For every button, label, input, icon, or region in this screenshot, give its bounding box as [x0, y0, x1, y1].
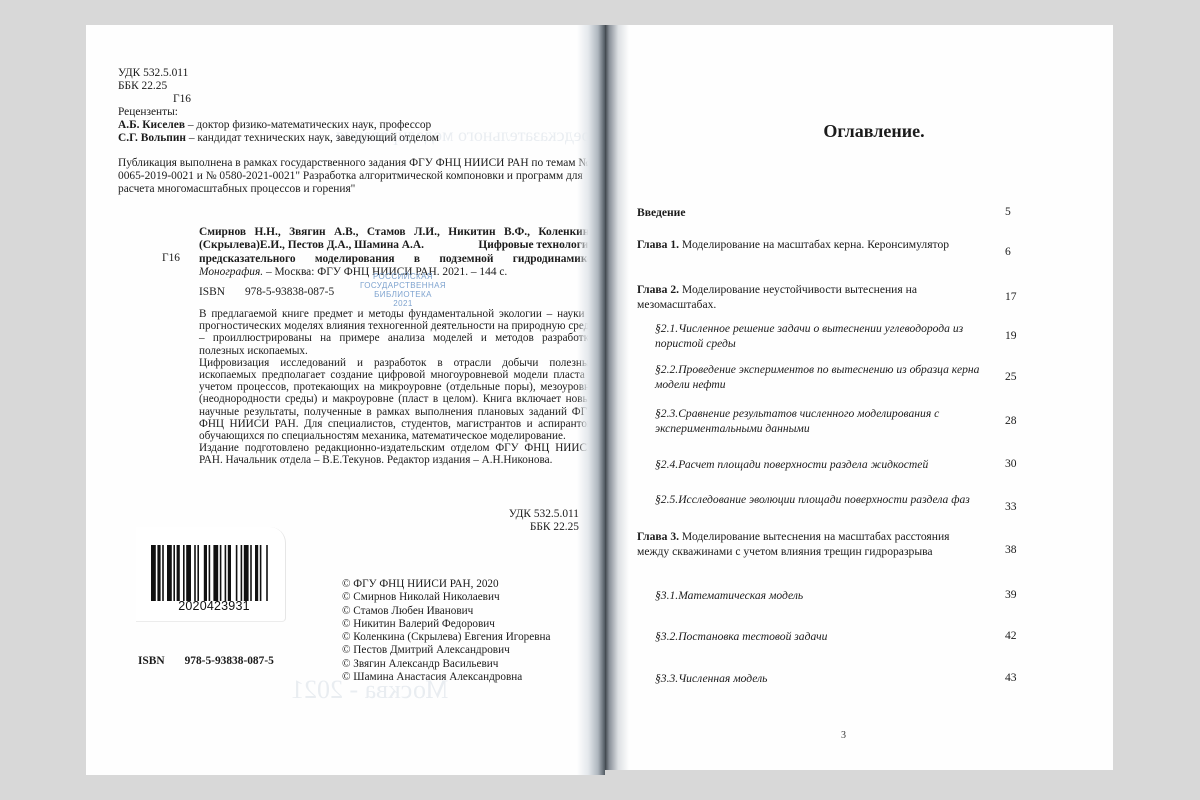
isbn-label: ISBN	[199, 286, 225, 298]
copyright-line: © Звягин Александр Васильевич	[342, 658, 550, 671]
right-page-contents: Оглавление. Введение5Глава 1. Моделирова…	[605, 25, 1113, 770]
copyright-line: © Никитин Валерий Федорович	[342, 618, 550, 631]
toc-title: Оглавление.	[605, 121, 1113, 142]
bbk-code-bottom: ББК 22.25	[530, 521, 579, 534]
toc-entry-heading: Глава 3.	[637, 530, 679, 543]
abstract-paragraph: Цифровизация исследований и разработок в…	[199, 357, 595, 442]
abstract-paragraph: Издание подготовлено редакционно-издател…	[199, 442, 595, 466]
left-page-imprint: Москва - 2021 предсказательного моделиро…	[86, 25, 605, 775]
toc-entry-heading: Введение	[637, 206, 686, 219]
isbn-line: ISBN978-5-93838-087-5	[199, 286, 334, 299]
toc-entry: Глава 1. Моделирование на масштабах керн…	[637, 237, 1032, 252]
toc-entry: §3.1.Математическая модель	[655, 588, 1032, 603]
toc-page-number: 30	[1005, 457, 1017, 470]
spine-shadow	[577, 25, 605, 775]
toc-entry-label: §2.4.Расчет площади поверхности раздела …	[655, 458, 928, 471]
abstract-paragraph: В предлагаемой книге предмет и методы фу…	[199, 308, 595, 357]
copyright-line: © Пестов Дмитрий Александрович	[342, 644, 550, 657]
biblio-authors-line1: Смирнов Н.Н., Звягин А.В., Стамов Л.И., …	[199, 226, 595, 239]
toc-page-number: 28	[1005, 414, 1017, 427]
toc-entry-label: §3.2.Постановка тестовой задачи	[655, 630, 827, 643]
toc-entry-label: §2.1.Численное решение задачи о вытеснен…	[655, 322, 963, 350]
isbn-value: 978-5-93838-087-5	[245, 286, 334, 298]
copyright-line: © Стамов Любен Иванович	[342, 605, 550, 618]
toc-page-number: 42	[1005, 629, 1017, 642]
stamp-line: ГОСУДАРСТВЕННАЯ	[348, 281, 458, 290]
reviewer-title: – кандидат технических наук, заведующий …	[186, 132, 439, 144]
toc-entry-label: Моделирование вытеснения на масштабах ра…	[637, 530, 949, 558]
stamp-line: РОССИЙСКАЯ	[348, 272, 458, 281]
toc-entry: §3.2.Постановка тестовой задачи	[655, 629, 1032, 644]
toc-page-number: 17	[1005, 290, 1017, 303]
biblio-title-line: предсказательного моделирования в подзем…	[199, 253, 595, 266]
toc-page-number: 19	[1005, 329, 1017, 342]
toc-entry: §2.2.Проведение экспериментов по вытесне…	[655, 362, 1032, 392]
barcode-number: 2020423931	[154, 599, 274, 613]
toc-entry: Глава 2. Моделирование неустойчивости вы…	[637, 282, 1032, 312]
udk-code: УДК 532.5.011	[118, 67, 188, 80]
copyright-line: © ФГУ ФНЦ НИИСИ РАН, 2020	[342, 578, 550, 591]
toc-entry-label: §2.2.Проведение экспериментов по вытесне…	[655, 363, 979, 391]
toc-entry: Глава 3. Моделирование вытеснения на мас…	[637, 529, 1032, 559]
reviewer-name: С.Г. Вольпин	[118, 132, 186, 144]
toc-page-number: 33	[1005, 500, 1017, 513]
author-mark-side: Г16	[162, 252, 180, 265]
toc-page-number: 39	[1005, 588, 1017, 601]
library-stamp: РОССИЙСКАЯ ГОСУДАРСТВЕННАЯ БИБЛИОТЕКА 20…	[348, 272, 458, 308]
toc-entry: Введение	[637, 205, 1032, 220]
toc-page-number: 25	[1005, 370, 1017, 383]
reviewers-label: Рецензенты:	[118, 106, 178, 119]
author-mark: Г16	[173, 93, 191, 106]
publication-note: Публикация выполнена в рамках государств…	[118, 157, 596, 196]
page-number: 3	[841, 730, 846, 741]
copyright-line: © Шамина Анастасия Александровна	[342, 671, 550, 684]
biblio-type: Монография.	[199, 266, 263, 278]
toc-entry-label: Моделирование на масштабах керна. Керонс…	[679, 238, 949, 251]
isbn-value: 978-5-93838-087-5	[185, 655, 274, 667]
toc-entry-label: §2.5.Исследование эволюции площади повер…	[655, 493, 970, 506]
reviewer: С.Г. Вольпин – кандидат технических наук…	[118, 132, 439, 145]
toc-entry: §2.5.Исследование эволюции площади повер…	[655, 492, 1032, 507]
stamp-line: 2021	[348, 299, 458, 308]
toc-entry: §2.1.Численное решение задачи о вытеснен…	[655, 321, 1032, 351]
copyright-line: © Смирнов Николай Николаевич	[342, 591, 550, 604]
toc-entry: §2.3.Сравнение результатов численного мо…	[655, 406, 1032, 436]
toc-entry-heading: Глава 1.	[637, 238, 679, 251]
abstract: В предлагаемой книге предмет и методы фу…	[199, 308, 595, 467]
stamp-line: БИБЛИОТЕКА	[348, 290, 458, 299]
biblio-authors-line2: (Скрылева)Е.И., Пестов Д.А., Шамина А.А.…	[199, 239, 595, 252]
isbn-label: ISBN	[138, 655, 165, 667]
reviewer-title: – доктор физико-математических наук, про…	[185, 119, 431, 131]
isbn-line-bottom: ISBN978-5-93838-087-5	[138, 655, 274, 668]
toc-entry-label: Моделирование неустойчивости вытеснения …	[637, 283, 917, 311]
toc-entry-label: §2.3.Сравнение результатов численного мо…	[655, 407, 939, 435]
biblio-authors-text: (Скрылева)Е.И., Пестов Д.А., Шамина А.А.	[199, 239, 424, 252]
toc-entry-label: §3.3.Численная модель	[655, 672, 767, 685]
copyright-line: © Коленкина (Скрылева) Евгения Игоревна	[342, 631, 550, 644]
barcode-sticker: 2020423931	[136, 527, 286, 622]
udk-code-bottom: УДК 532.5.011	[509, 508, 579, 521]
toc-entry-label: §3.1.Математическая модель	[655, 589, 803, 602]
toc-page-number: 38	[1005, 543, 1017, 556]
bbk-code: ББК 22.25	[118, 80, 167, 93]
reviewer-name: А.Б. Киселев	[118, 119, 185, 131]
copyright-list: © ФГУ ФНЦ НИИСИ РАН, 2020 © Смирнов Нико…	[342, 578, 550, 684]
toc-page-number: 5	[1005, 205, 1011, 218]
toc-entry-heading: Глава 2.	[637, 283, 679, 296]
toc-page-number: 6	[1005, 245, 1011, 258]
toc-entry: §3.3.Численная модель	[655, 671, 1032, 686]
barcode-icon	[151, 545, 271, 601]
reviewer: А.Б. Киселев – доктор физико-математичес…	[118, 119, 431, 132]
toc-page-number: 43	[1005, 671, 1017, 684]
toc-entry: §2.4.Расчет площади поверхности раздела …	[655, 457, 1032, 472]
